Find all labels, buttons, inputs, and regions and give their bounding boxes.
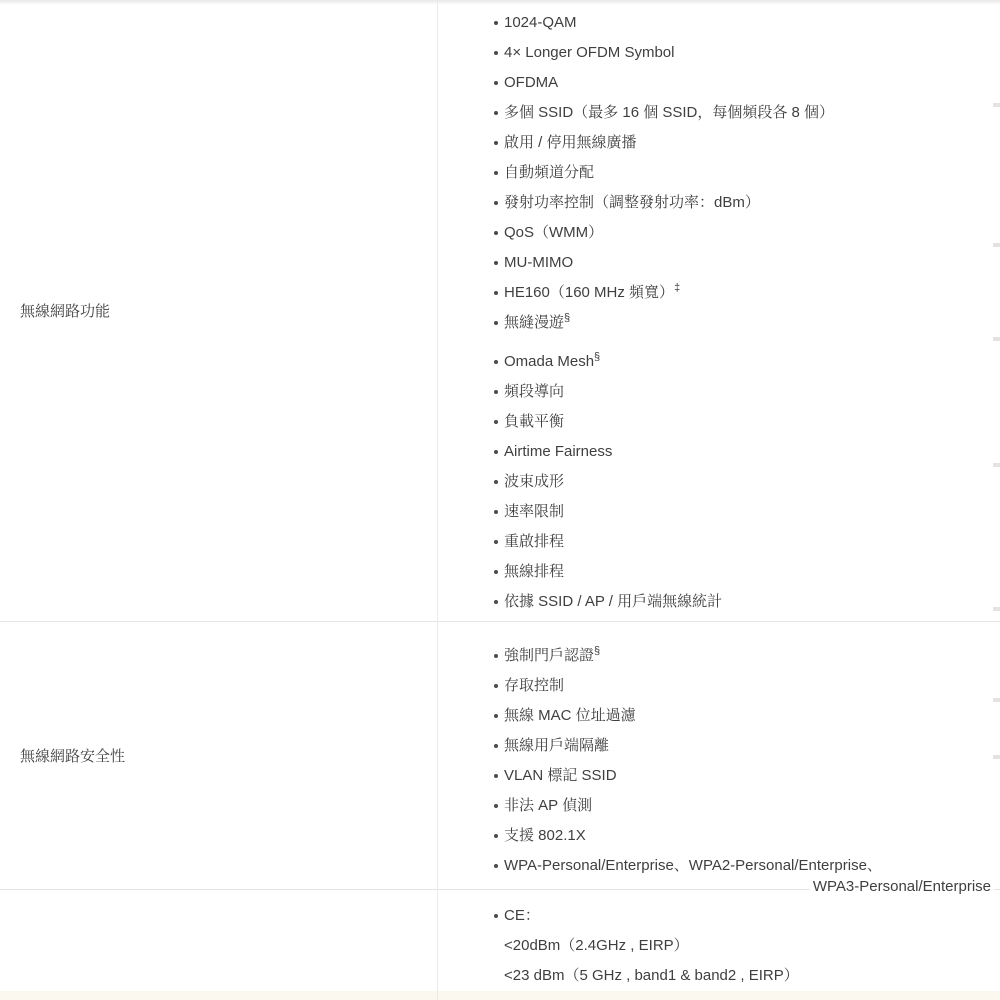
edge-artifact — [993, 698, 1000, 702]
edge-artifact — [993, 337, 1000, 341]
spec-item: Airtime Fairness — [492, 437, 992, 467]
spec-item: 依據 SSID / AP / 用戶端無線統計 — [492, 587, 992, 617]
spec-item: 負載平衡 — [492, 407, 992, 437]
spec-item: 頻段導向 — [492, 377, 992, 407]
spec-item: 速率限制 — [492, 497, 992, 527]
spec-item: 啟用 / 停用無線廣播 — [492, 128, 992, 158]
spec-item: 無線用戶端隔離 — [492, 731, 992, 761]
column-divider — [437, 0, 438, 1000]
spec-table-page: 無線網路功能1024-QAM4× Longer OFDM SymbolOFDMA… — [0, 0, 1000, 1000]
spec-item: 強制門戶認證§ — [492, 641, 992, 671]
edge-artifact — [993, 103, 1000, 107]
edge-artifact — [993, 243, 1000, 247]
spec-item: Omada Mesh§ — [492, 347, 992, 377]
spec-item: 發射功率控制（調整發射功率：dBm） — [492, 188, 992, 218]
spec-row: 無線網路功能1024-QAM4× Longer OFDM SymbolOFDMA… — [0, 0, 1000, 622]
spec-item: 重啟排程 — [492, 527, 992, 557]
footnote-mark: ‡ — [674, 282, 680, 294]
spec-row-label — [0, 890, 437, 1000]
spec-item: 存取控制 — [492, 671, 992, 701]
edge-artifact — [993, 755, 1000, 759]
next-section-strip — [0, 991, 1000, 1000]
spec-item: QoS（WMM） — [492, 218, 992, 248]
spec-item: 無縫漫遊§ — [492, 308, 992, 338]
footnote-mark: § — [564, 312, 570, 324]
spec-item: 無線排程 — [492, 557, 992, 587]
top-shadow — [0, 0, 1000, 5]
spec-item: MU-MIMO — [492, 248, 992, 278]
spec-item: VLAN 標記 SSID — [492, 761, 992, 791]
spec-item: 波束成形 — [492, 467, 992, 497]
spec-row-content: CE：<20dBm（2.4GHz , EIRP）<23 dBm（5 GHz , … — [437, 890, 1000, 1000]
spec-item: 1024-QAM — [492, 8, 992, 38]
spec-row: 無線網路安全性強制門戶認證§存取控制無線 MAC 位址過濾無線用戶端隔離VLAN… — [0, 622, 1000, 890]
edge-artifact — [993, 463, 1000, 467]
spec-table: 無線網路功能1024-QAM4× Longer OFDM SymbolOFDMA… — [0, 0, 1000, 1000]
edge-artifact — [993, 607, 1000, 611]
footnote-mark: § — [594, 645, 600, 657]
spec-item-continuation: WPA3-Personal/Enterprise — [810, 876, 994, 898]
spec-row-label: 無線網路功能 — [0, 0, 437, 621]
spec-item: 支援 802.1X — [492, 821, 992, 851]
spec-item: 非法 AP 偵測 — [492, 791, 992, 821]
spec-item: 自動頻道分配 — [492, 158, 992, 188]
spec-row: CE：<20dBm（2.4GHz , EIRP）<23 dBm（5 GHz , … — [0, 890, 1000, 1000]
spec-item: <23 dBm（5 GHz , band1 & band2 , EIRP） — [492, 961, 992, 991]
spec-item: 無線 MAC 位址過濾 — [492, 701, 992, 731]
footnote-mark: § — [594, 351, 600, 363]
spec-item: CE： — [492, 901, 992, 931]
spec-item: <20dBm（2.4GHz , EIRP） — [492, 931, 992, 961]
spec-item: HE160（160 MHz 頻寬）‡ — [492, 278, 992, 308]
spec-row-content: 強制門戶認證§存取控制無線 MAC 位址過濾無線用戶端隔離VLAN 標記 SSI… — [437, 622, 1000, 889]
spec-row-content: 1024-QAM4× Longer OFDM SymbolOFDMA多個 SSI… — [437, 0, 1000, 621]
spec-item: OFDMA — [492, 68, 992, 98]
spec-row-label: 無線網路安全性 — [0, 622, 437, 889]
spec-item: 4× Longer OFDM Symbol — [492, 38, 992, 68]
spec-item: 多個 SSID（最多 16 個 SSID，每個頻段各 8 個） — [492, 98, 992, 128]
